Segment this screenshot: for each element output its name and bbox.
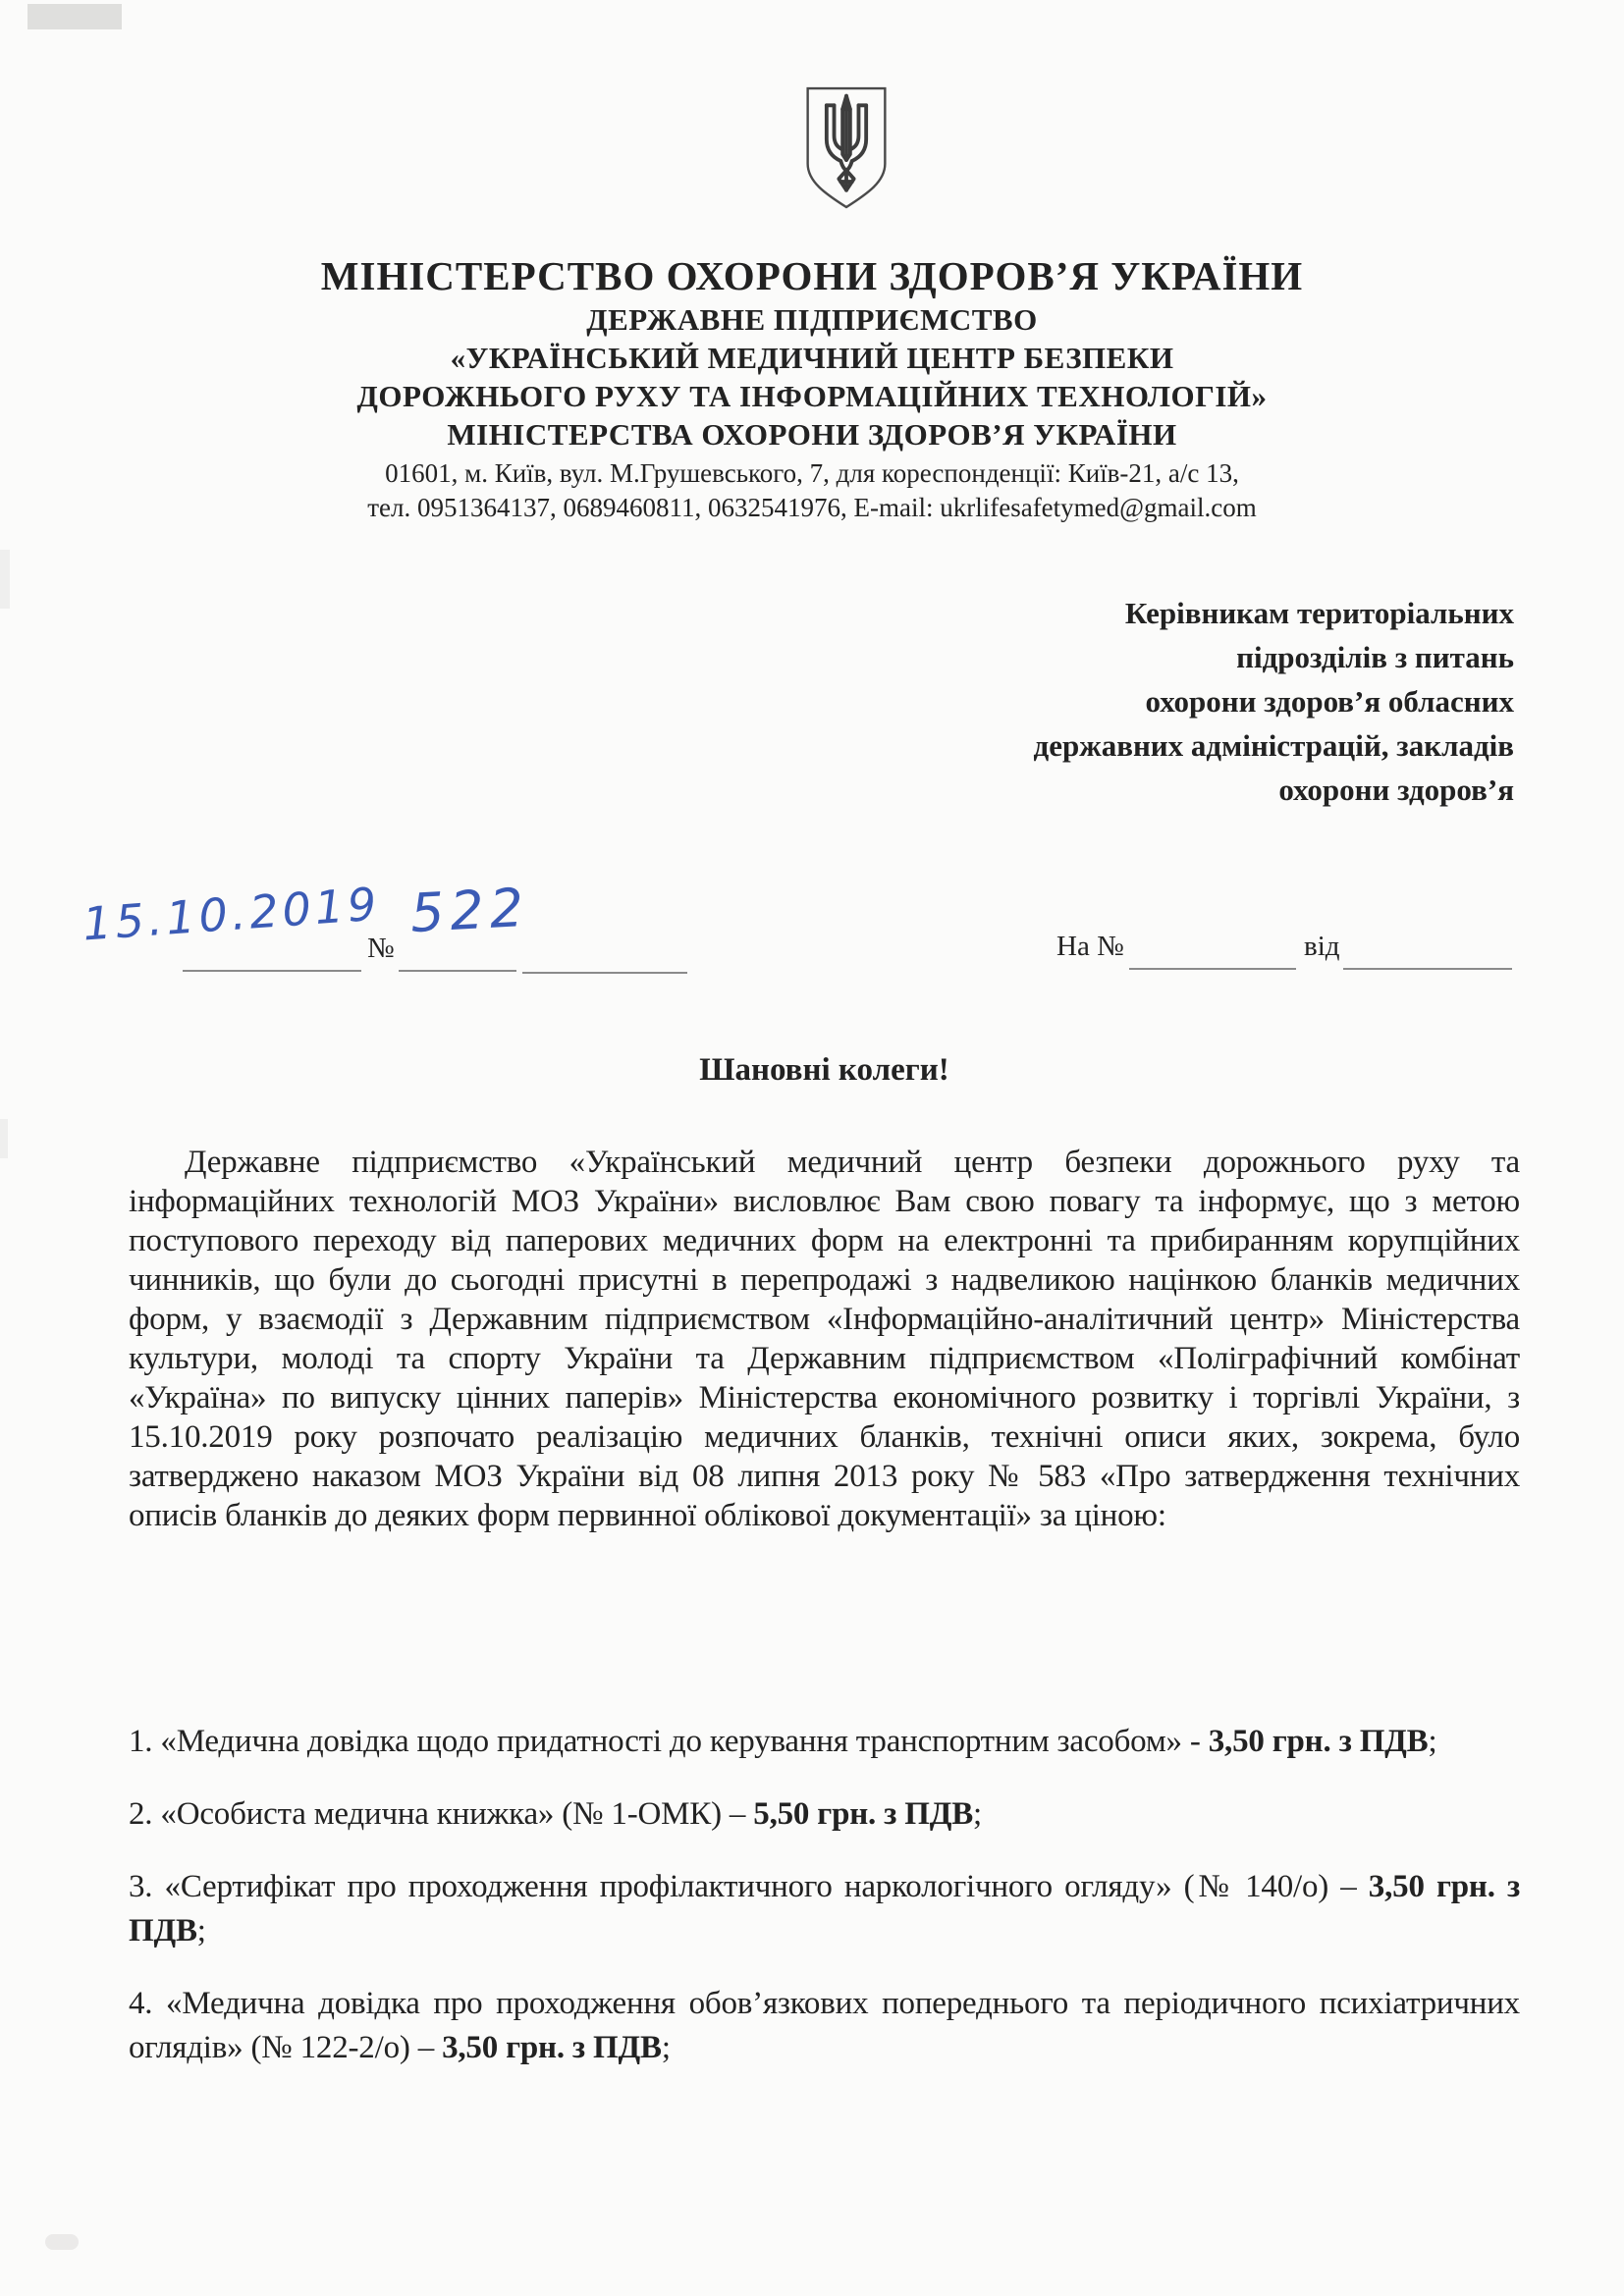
scan-artifact <box>27 4 122 29</box>
price-list-item: 2. «Особиста медична книжка» (№ 1-ОМК) –… <box>129 1792 1520 1837</box>
item-price: 3,50 грн. з ПДВ <box>1209 1724 1429 1759</box>
reply-date-blank <box>1343 968 1512 970</box>
recipient-line: охорони здоров’я обласних <box>768 679 1514 723</box>
price-list-item: 4. «Медична довідка про проходження обов… <box>129 1982 1520 2070</box>
org-name-line1: «УКРАЇНСЬКИЙ МЕДИЧНИЙ ЦЕНТР БЕЗПЕКИ <box>0 339 1624 377</box>
item-text: 4. «Медична довідка про проходження обов… <box>129 1986 1520 2065</box>
org-name-line2: ДОРОЖНЬОГО РУХУ ТА ІНФОРМАЦІЙНИХ ТЕХНОЛО… <box>0 377 1624 415</box>
address-line: 01601, м. Київ, вул. М.Грушевського, 7, … <box>0 456 1624 491</box>
number-underline <box>399 970 516 972</box>
recipient-line: охорони здоров’я <box>768 768 1514 812</box>
org-parent: МІНІСТЕРСТВА ОХОРОНИ ЗДОРОВ’Я УКРАЇНИ <box>0 415 1624 454</box>
item-suffix: ; <box>662 2030 671 2065</box>
reply-number-blank <box>1129 968 1296 970</box>
letterhead: МІНІСТЕРСТВО ОХОРОНИ ЗДОРОВ’Я УКРАЇНИ ДЕ… <box>0 251 1624 525</box>
item-suffix: ; <box>973 1796 982 1832</box>
reply-number-label: На № <box>1056 931 1124 963</box>
recipient-line: підрозділів з питань <box>768 635 1514 679</box>
item-suffix: ; <box>197 1913 206 1949</box>
item-text: 2. «Особиста медична книжка» (№ 1-ОМК) – <box>129 1796 753 1832</box>
item-text: 3. «Сертифікат про проходження профілакт… <box>129 1869 1369 1904</box>
recipient-line: Керівникам територіальних <box>768 591 1514 635</box>
number-sign: № <box>367 933 395 965</box>
recipient-line: державних адміністрацій, закладів <box>768 723 1514 768</box>
item-price: 3,50 грн. з ПДВ <box>442 2030 662 2065</box>
scan-artifact <box>0 550 10 609</box>
item-price: 5,50 грн. з ПДВ <box>753 1796 973 1832</box>
scanned-letter-page: МІНІСТЕРСТВО ОХОРОНИ ЗДОРОВ’Я УКРАЇНИ ДЕ… <box>0 0 1624 2296</box>
reply-date-label: від <box>1304 931 1340 963</box>
scan-artifact <box>0 1119 8 1158</box>
number-underline-extension <box>522 972 687 974</box>
price-list: 1. «Медична довідка щодо придатності до … <box>129 1720 1520 2099</box>
item-text: 1. «Медична довідка щодо придатності до … <box>129 1724 1209 1759</box>
contacts-line: тел. 0951364137, 0689460811, 0632541976,… <box>0 491 1624 525</box>
salutation: Шановні колеги! <box>129 1052 1520 1089</box>
price-list-item: 1. «Медична довідка щодо придатності до … <box>129 1720 1520 1764</box>
scan-artifact <box>45 2234 79 2250</box>
handwritten-date: 15.10.2019 <box>81 877 381 950</box>
price-list-item: 3. «Сертифікат про проходження профілакт… <box>129 1865 1520 1953</box>
recipient-block: Керівникам територіальних підрозділів з … <box>768 591 1514 812</box>
org-type: ДЕРЖАВНЕ ПІДПРИЄМСТВО <box>0 300 1624 339</box>
date-underline <box>183 970 361 972</box>
body-paragraph: Державне підприємство «Український медич… <box>129 1143 1520 1535</box>
item-suffix: ; <box>1428 1724 1436 1759</box>
handwritten-number: 522 <box>408 877 530 944</box>
ministry-title: МІНІСТЕРСТВО ОХОРОНИ ЗДОРОВ’Я УКРАЇНИ <box>0 251 1624 300</box>
ukraine-trident-icon <box>799 84 893 212</box>
